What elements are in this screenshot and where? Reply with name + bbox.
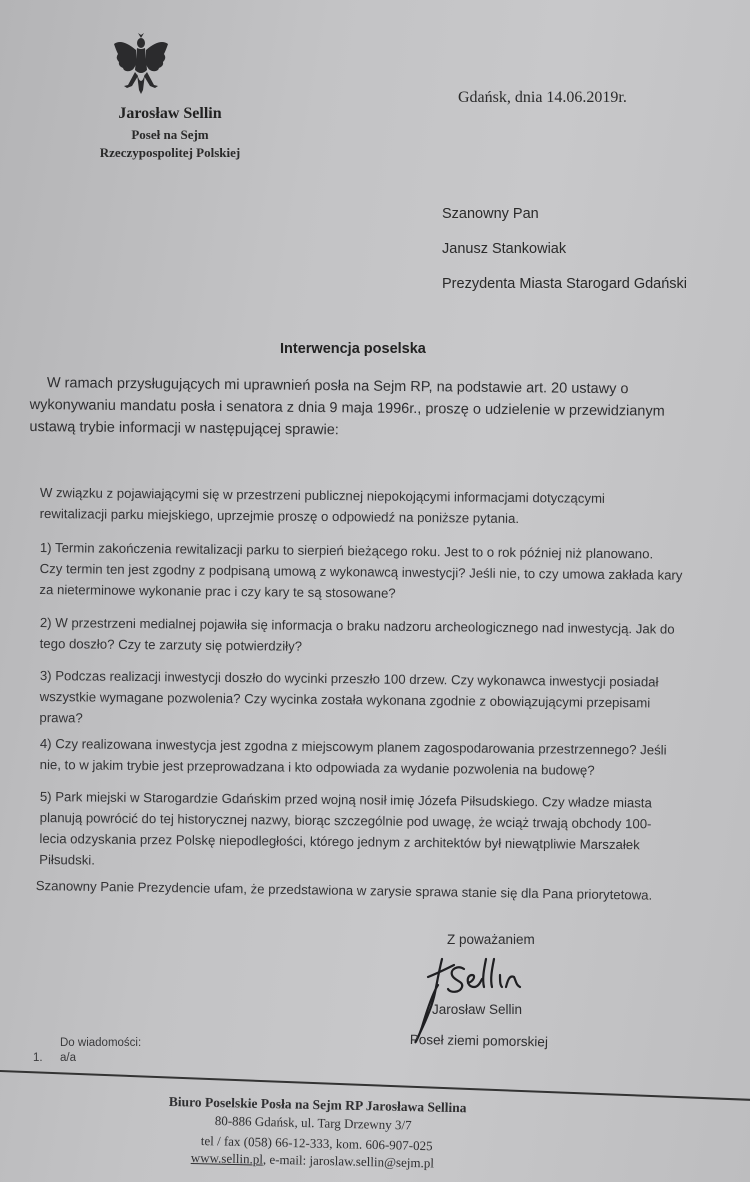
- website-link[interactable]: www.sellin.pl: [191, 1150, 263, 1167]
- letterhead-title: Poseł na Sejm: [60, 127, 280, 143]
- question-2: 2) W przestrzeni medialnej pojawiła się …: [40, 612, 675, 661]
- context-paragraph: W związku z pojawiającymi się w przestrz…: [40, 482, 605, 530]
- footer-address: 80-886 Gdańsk, ul. Targ Drzewny 3/7: [215, 1113, 412, 1133]
- letter-page: Jarosław Sellin Poseł na Sejm Rzeczyposp…: [0, 0, 750, 1182]
- polish-eagle-icon: [110, 30, 172, 100]
- recipient-name: Janusz Stankowiak: [442, 241, 566, 257]
- question-3: 3) Podczas realizacji inwestycji doszło …: [39, 665, 658, 734]
- footer-office: Biuro Poselskie Posła na Sejm RP Jarosła…: [169, 1094, 467, 1116]
- signatory-name: Jarosław Sellin: [432, 1002, 522, 1017]
- footer-divider: [0, 1070, 750, 1101]
- cc-label: Do wiadomości:: [60, 1037, 141, 1049]
- regards-text: Z poważaniem: [447, 932, 535, 947]
- letterhead-title-line2: Rzeczypospolitej Polskiej: [60, 145, 280, 161]
- question-5: 5) Park miejski w Starogardzie Gdańskim …: [39, 786, 652, 876]
- footer-email: , e-mail: jaroslaw.sellin@sejm.pl: [263, 1152, 434, 1171]
- question-4: 4) Czy realizowana inwestycja jest zgodn…: [40, 733, 667, 782]
- recipient-salutation: Szanowny Pan: [442, 206, 539, 222]
- closing-sentence: Szanowny Panie Prezydencie ufam, że prze…: [36, 875, 653, 906]
- letterhead-name: Jarosław Sellin: [60, 105, 280, 123]
- signatory-role: Poseł ziemi pomorskiej: [410, 1032, 548, 1049]
- question-1: 1) Termin zakończenia rewitalizacji park…: [39, 537, 682, 607]
- intro-paragraph: W ramach przysługujących mi uprawnień po…: [29, 372, 665, 445]
- cc-item-number: 1.: [33, 1052, 43, 1064]
- subject-title: Interwencja poselska: [280, 341, 426, 357]
- cc-item-text: a/a: [60, 1052, 76, 1064]
- recipient-position: Prezydenta Miasta Starogard Gdański: [442, 276, 687, 292]
- date-line: Gdańsk, dnia 14.06.2019r.: [458, 89, 627, 107]
